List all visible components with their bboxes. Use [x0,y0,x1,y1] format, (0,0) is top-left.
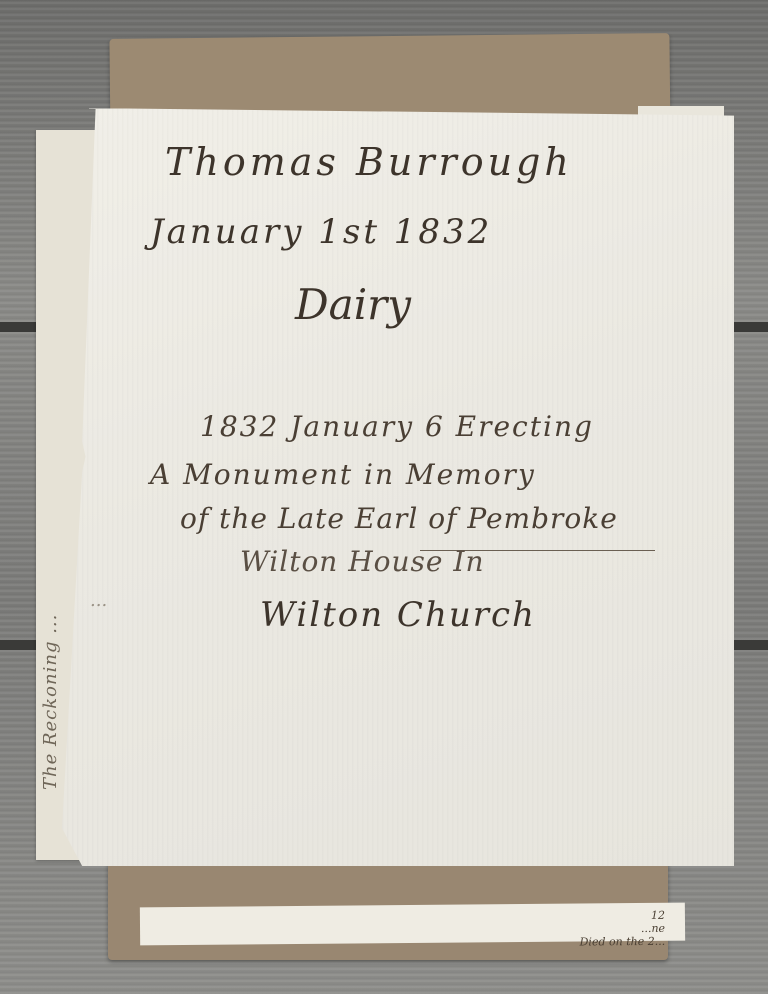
entry-line-5: Wilton Church [260,595,536,635]
bottom-slip-text: 12 ...ne Died on the 2... [579,909,665,949]
bottom-paper-slip: 12 ...ne Died on the 2... [140,903,685,946]
margin-scribble: ... [90,590,107,611]
diary-title: Dairy [295,280,411,329]
entry-line-1: 1832 January 6 Erecting [200,410,594,443]
author-name: Thomas Burrough [165,140,573,184]
entry-line-2: A Monument in Memory [150,458,536,491]
diary-date: January 1st 1832 [150,212,492,252]
entry-line-3: of the Late Earl of Pembroke [180,502,618,535]
entry-line-4: Wilton House In [240,545,484,578]
underlying-sheet-side-text: The Reckoning ... [40,614,61,790]
